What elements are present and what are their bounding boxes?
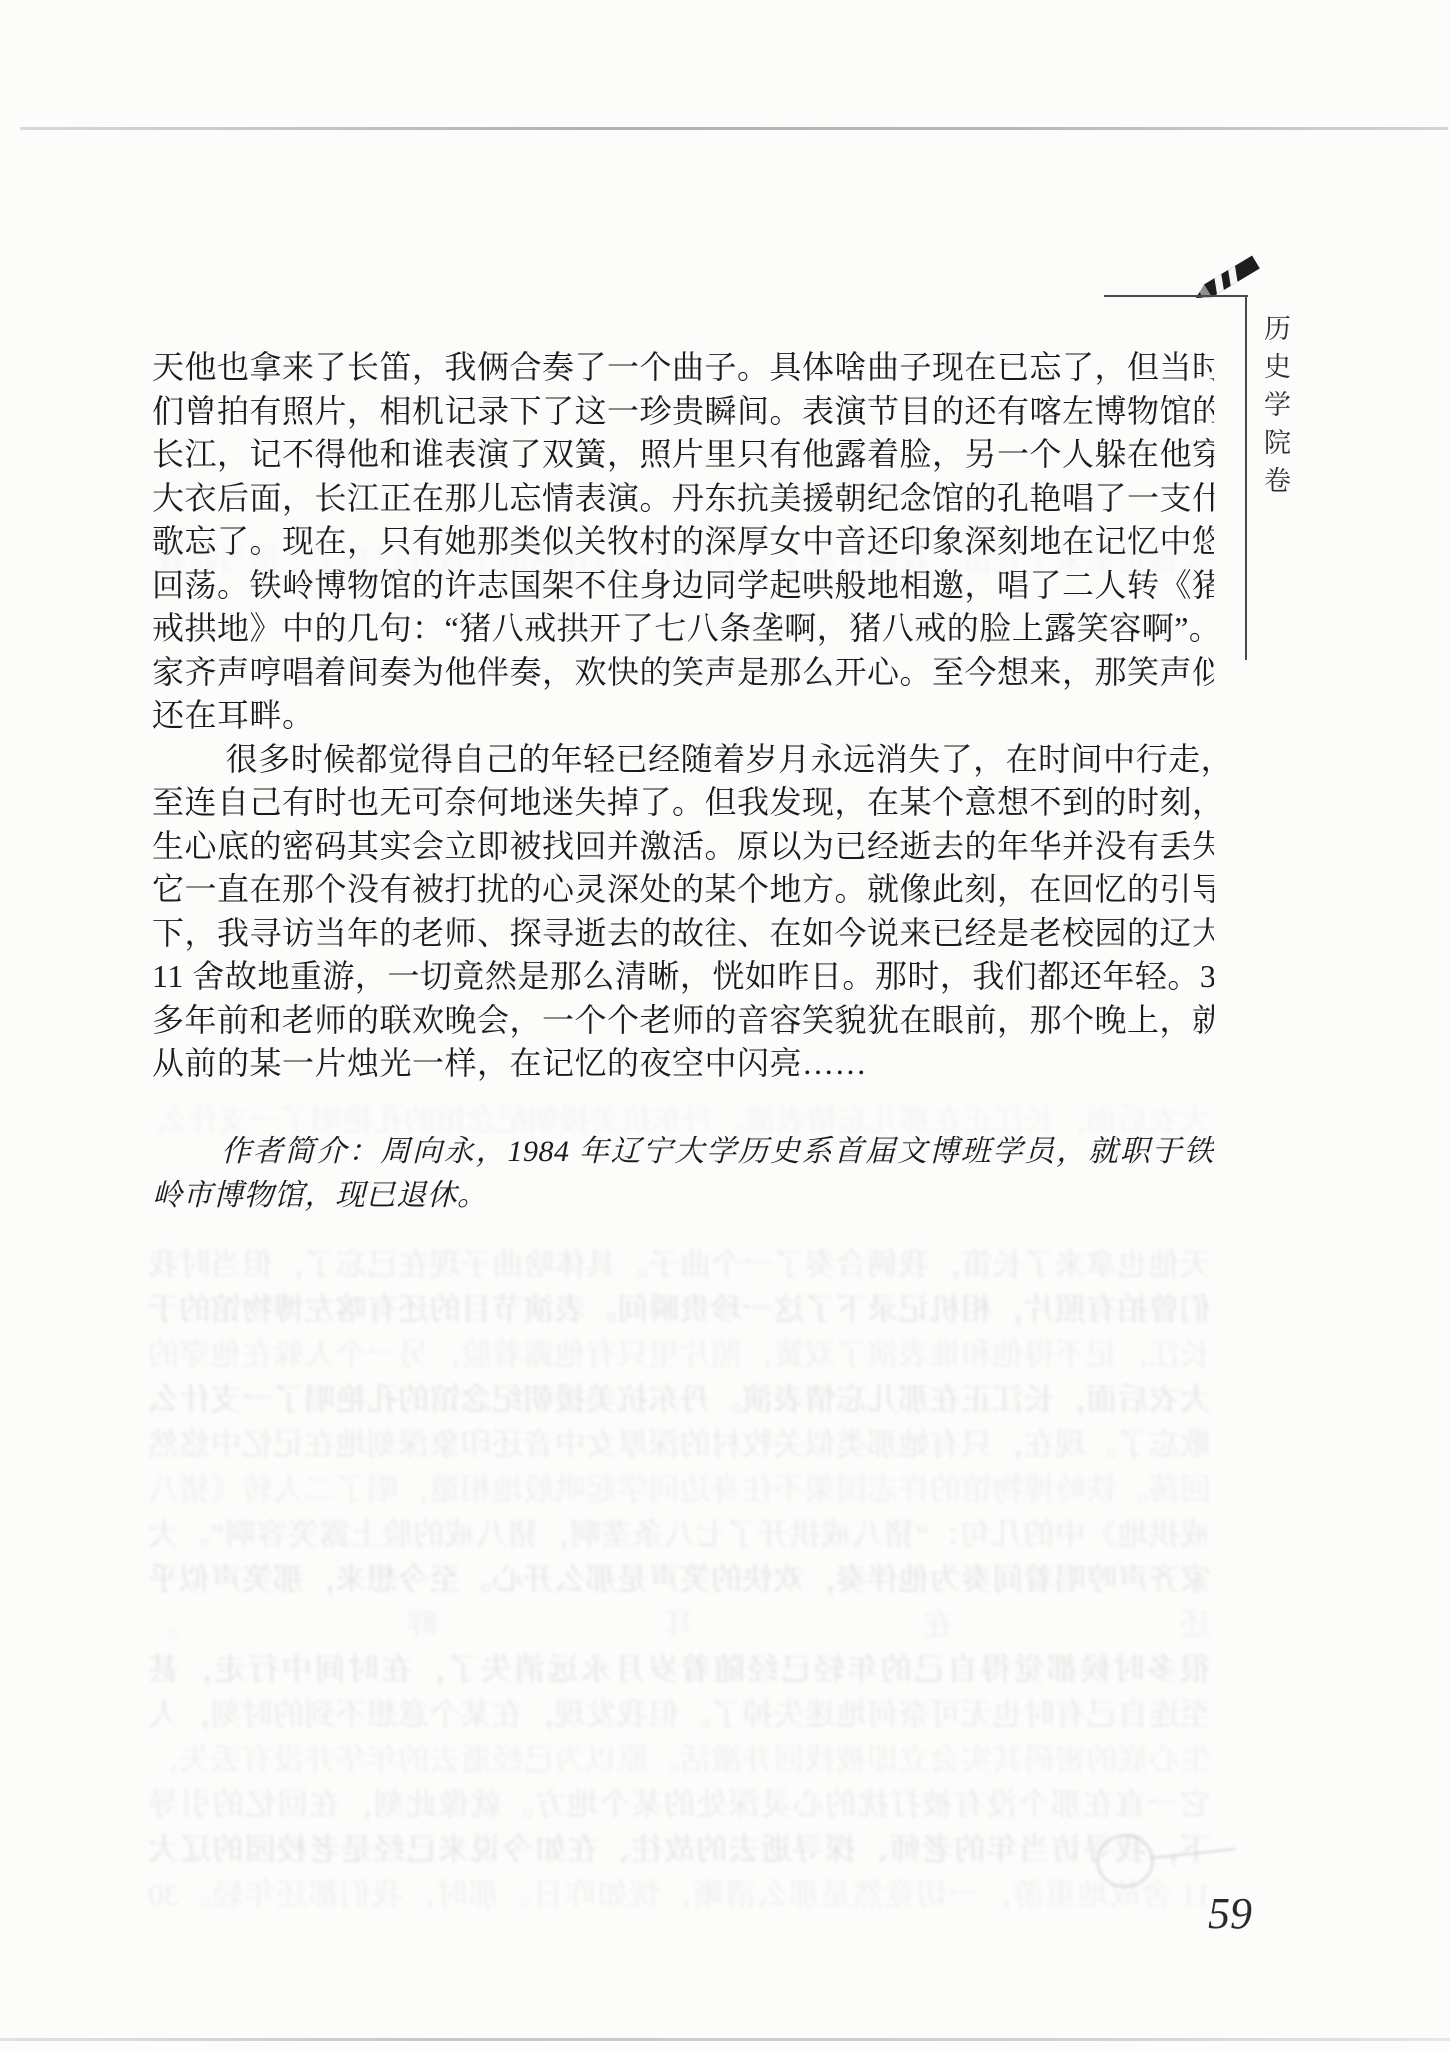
bleedthrough-layer: 天他也拿来了长笛，我俩合奏了一个曲子。具体啥曲子现在已忘了，但当时我们曾拍有照片… [148,1242,1211,1917]
page-number: 59 [1208,1888,1252,1939]
text-line: 11 舍故地重游，一切竟然是那么清晰，恍如昨日。那时，我们都还年轻。30 [152,955,1214,999]
corner-rule-horizontal [1104,295,1248,297]
text-line: 至连自己有时也无可奈何地迷失掉了。但我发现，在某个意想不到的时刻，人 [152,781,1214,825]
bleed-row: 长江，记不得他和谁表演了双簧，照片里只有他露着脸，另一个人躲在他穿的 [148,1332,1211,1377]
text-line: 很多时候都觉得自己的年轻已经随着岁月永远消失了，在时间中行走，甚 [152,738,1214,782]
text-line: 戒拱地》中的几句：“猪八戒拱开了七八条垄啊，猪八戒的脸上露笑容啊”。大 [152,607,1214,651]
bleed-row: 歌忘了。现在，只有她那类似关牧村的深厚女中音还印象深刻地在记忆中悠然 [148,1422,1211,1467]
body-text: 天他也拿来了长笛，我俩合奏了一个曲子。具体啥曲子现在已忘了，但当时我 们曾拍有照… [152,346,1214,1218]
bleed-row: 家齐声哼唱着间奏为他伴奏，欢快的笑声是那么开心。至今想来，那笑声似乎 [148,1557,1211,1602]
bleed-row: 下，我寻访当年的老师、探寻逝去的故往、在如今说来已经是老校园的辽大 [148,1827,1211,1872]
scanned-book-page: 历史学院卷 天他也拿来了长笛，我俩合奏了一个曲子。具体啥曲子现在已忘了，但当时我… [0,0,1450,2050]
bleed-row: 回荡。铁岭博物馆的许志国架不住身边同学起哄般地相邀，唱了二人转《猪八 [148,1467,1211,1512]
bleed-row: 11 舍故地重游，一切竟然是那么清晰，恍如昨日。那时，我们都还年轻。30 [148,1872,1211,1917]
top-scan-rule [20,127,1448,130]
text-line: 下，我寻访当年的老师、探寻逝去的故往、在如今说来已经是老校园的辽大 [152,912,1214,956]
text-line: 生心底的密码其实会立即被找回并激活。原以为已经逝去的年华并没有丢失， [152,825,1214,869]
paragraph-2: 很多时候都觉得自己的年轻已经随着岁月永远消失了，在时间中行走，甚 至连自己有时也… [152,738,1214,1086]
text-line: 家齐声哼唱着间奏为他伴奏，欢快的笑声是那么开心。至今想来，那笑声似乎 [152,651,1214,695]
text-line: 长江，记不得他和谁表演了双簧，照片里只有他露着脸，另一个人躲在他穿的 [152,433,1214,477]
pencil-icon [1191,253,1261,306]
text-line: 大衣后面，长江正在那儿忘情表演。丹东抗美援朝纪念馆的孔艳唱了一支什么 [152,477,1214,521]
bleed-row: 大衣后面，长江正在那儿忘情表演。丹东抗美援朝纪念馆的孔艳唱了一支什么 [148,1377,1211,1422]
text-line: 作者简介：周向永，1984 年辽宁大学历史系首届文博班学员，就职于铁 [152,1130,1214,1174]
text-line: 岭市博物馆，现已退休。 [152,1174,1214,1218]
bleed-row: 生心底的密码其实会立即被找回并激活。原以为已经逝去的年华并没有丢失， [148,1737,1211,1782]
text-line: 还在耳畔。 [152,694,1214,738]
text-line: 回荡。铁岭博物馆的许志国架不住身边同学起哄般地相邀，唱了二人转《猪八 [152,564,1214,608]
text-line: 它一直在那个没有被打扰的心灵深处的某个地方。就像此刻，在回忆的引导 [152,868,1214,912]
bleed-row: 们曾拍有照片，相机记录下了这一珍贵瞬间。表演节目的还有喀左博物馆的于 [148,1287,1211,1332]
text-line: 们曾拍有照片，相机记录下了这一珍贵瞬间。表演节目的还有喀左博物馆的于 [152,390,1214,434]
text-line: 歌忘了。现在，只有她那类似关牧村的深厚女中音还印象深刻地在记忆中悠然 [152,520,1214,564]
side-tab-volume-label: 历史学院卷 [1256,314,1295,504]
bleed-row: 还在耳畔。 [148,1602,1211,1647]
stain-smudge-tail [1150,1848,1236,1860]
bleed-row: 戒拱地》中的几句：“猪八戒拱开了七八条垄啊，猪八戒的脸上露笑容啊”。大 [148,1512,1211,1557]
paragraph-1: 天他也拿来了长笛，我俩合奏了一个曲子。具体啥曲子现在已忘了，但当时我 们曾拍有照… [152,346,1214,738]
text-line: 多年前和老师的联欢晚会，一个个老师的音容笑貌犹在眼前，那个晚上，就像 [152,999,1214,1043]
bleed-row: 天他也拿来了长笛，我俩合奏了一个曲子。具体啥曲子现在已忘了，但当时我 [148,1242,1211,1287]
text-line: 从前的某一片烛光一样，在记忆的夜空中闪亮…… [152,1042,1214,1086]
bottom-scan-rule [0,2038,1450,2041]
stain-smudge [1096,1834,1154,1888]
bleed-row: 至连自己有时也无可奈何地迷失掉了。但我发现，在某个意想不到的时刻，人 [148,1692,1211,1737]
bleed-row: 很多时候都觉得自己的年轻已经随着岁月永远消失了，在时间中行走，甚 [148,1647,1211,1692]
bleed-row: 它一直在那个没有被打扰的心灵深处的某个地方。就像此刻，在回忆的引导 [148,1782,1211,1827]
corner-rule-vertical [1245,295,1247,660]
author-bio: 作者简介：周向永，1984 年辽宁大学历史系首届文博班学员，就职于铁 岭市博物馆… [152,1130,1214,1218]
text-line: 天他也拿来了长笛，我俩合奏了一个曲子。具体啥曲子现在已忘了，但当时我 [152,346,1214,390]
